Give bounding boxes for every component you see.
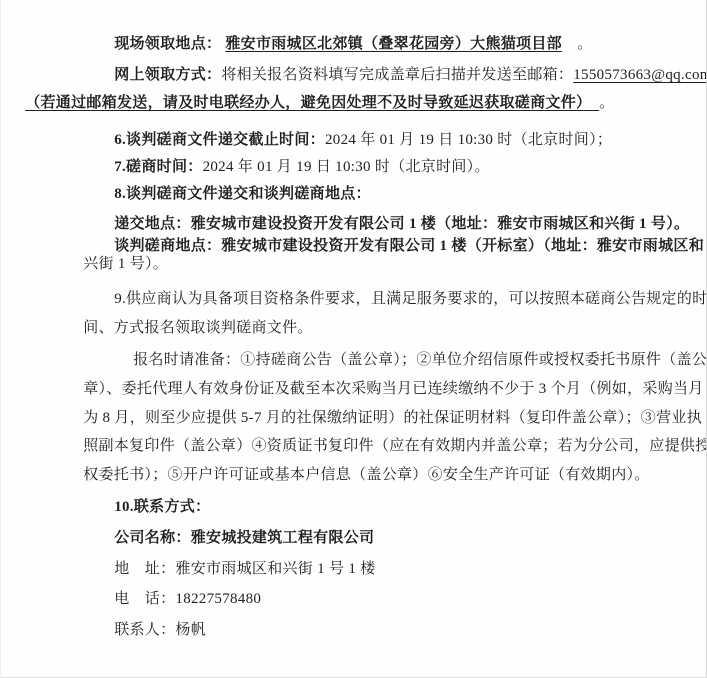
- contact-person-value: 杨帆: [175, 622, 206, 638]
- consultation-location-text: 谈判磋商地点：雅安城市建设投资开发有限公司 1 楼（开标室）（地址：雅安市雨城区…: [114, 238, 704, 254]
- email-note-period: 。: [599, 95, 614, 111]
- consultation-location-line: 谈判磋商地点：雅安城市建设投资开发有限公司 1 楼（开标室）（地址：雅安市雨城区…: [98, 216, 704, 276]
- contact-person-label: 联系人：: [114, 622, 175, 638]
- document-page: 现场领取地点： 雅安市雨城区北郊镇（叠翠花园旁）大熊猫项目部 。 网上领取方式：…: [0, 0, 707, 678]
- email-note-spacer: [584, 95, 599, 111]
- email-note-text: （若通过邮箱发送，请及时电联经办人，避免因处理不及时导致延迟获取磋商文件）: [25, 95, 584, 111]
- contact-person-line: 联系人：杨帆: [98, 600, 206, 660]
